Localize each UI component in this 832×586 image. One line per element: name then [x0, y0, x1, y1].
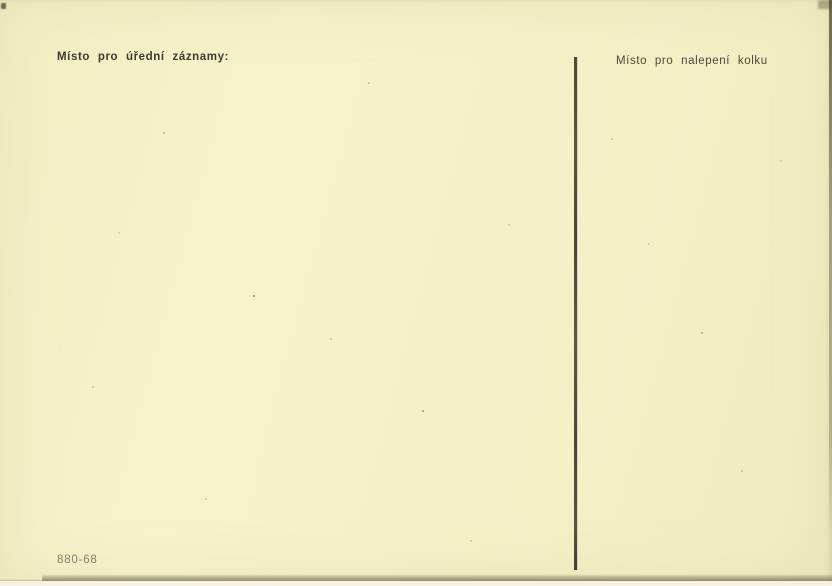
paper-grain-texture	[0, 0, 832, 586]
vertical-divider-rule	[574, 57, 577, 570]
scan-edge-bottom-shadow	[42, 574, 832, 581]
scan-edge-bottom-strip	[0, 581, 832, 586]
scan-artifact-top-left	[1, 3, 6, 9]
paper-speckles	[0, 0, 2, 2]
stamp-area-caption: Místo pro nalepení kolku	[616, 55, 768, 67]
scanned-form-page: Místo pro úřední záznamy: Místo pro nale…	[0, 0, 832, 586]
official-records-caption: Místo pro úřední záznamy:	[57, 51, 229, 63]
form-print-number: 880-68	[57, 554, 98, 566]
